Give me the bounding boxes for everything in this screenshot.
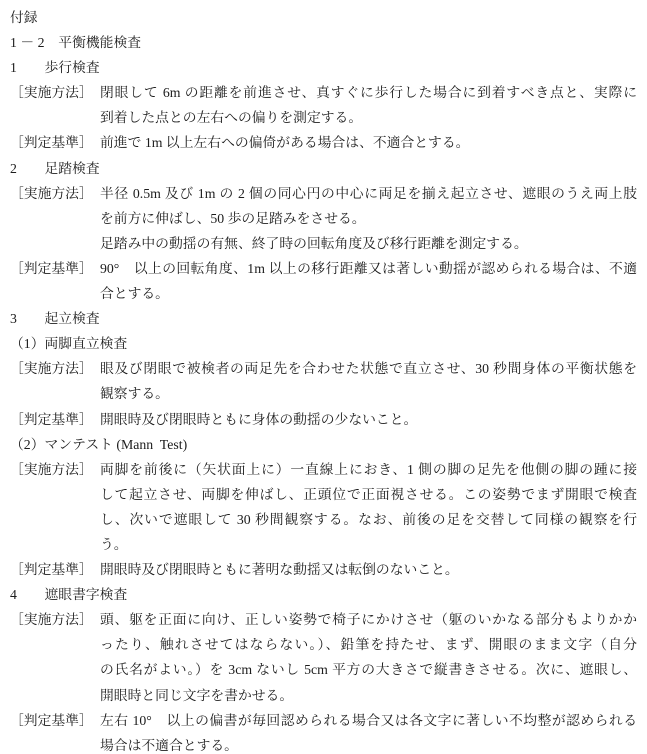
method-line: を前方に伸ばし、50 歩の足踏みをさせる。 bbox=[100, 206, 637, 231]
method-body: 両脚を前後に（矢状面上に）一直線上におき、1 側の脚の足先を他側の脚の踵に接 し… bbox=[100, 457, 637, 557]
criteria-entry: ［判定基準］ 開眼時及び閉眼時ともに著明な動揺又は転倒のないこと。 bbox=[10, 557, 637, 582]
method-line: して起立させ、両脚を伸ばし、正頭位で正面視させる。この姿勢でまず開眼で検査 bbox=[100, 482, 637, 507]
criteria-entry: ［判定基準］ 前進で 1m 以上左右への偏倚がある場合は、不適合とする。 bbox=[10, 130, 637, 155]
criteria-line: 場合は不適合とする。 bbox=[100, 733, 637, 754]
doc-subtitle: 1 － 2 平衡機能検査 bbox=[10, 30, 637, 55]
criteria-label: ［判定基準］ bbox=[10, 708, 100, 733]
method-label: ［実施方法］ bbox=[10, 607, 100, 632]
criteria-label: ［判定基準］ bbox=[10, 557, 100, 582]
criteria-entry: ［判定基準］ 90° 以上の回転角度、1m 以上の移行距離又は著しい動揺が認めら… bbox=[10, 256, 637, 306]
method-line: し、次いで遮眼して 30 秒間観察する。なお、前後の足を交替して同様の観察を行 bbox=[100, 507, 637, 532]
method-label: ［実施方法］ bbox=[10, 181, 100, 206]
method-line: 到着した点との左右への偏りを測定する。 bbox=[100, 105, 637, 130]
method-line: 閉眼して 6m の距離を前進させ、真すぐに歩行した場合に到着すべき点と、実際に bbox=[100, 80, 637, 105]
method-body: 眼及び閉眼で被検者の両足先を合わせた状態で直立させ、30 秒間身体の平衡状態を … bbox=[100, 356, 637, 406]
criteria-entry: ［判定基準］ 開眼時及び閉眼時ともに身体の動揺の少ないこと。 bbox=[10, 407, 637, 432]
method-line: 観察する。 bbox=[100, 381, 637, 406]
method-line: 半径 0.5m 及び 1m の 2 個の同心円の中心に両足を揃え起立させ、遮眼の… bbox=[100, 181, 637, 206]
criteria-body: 開眼時及び閉眼時ともに身体の動揺の少ないこと。 bbox=[100, 407, 637, 432]
method-entry: ［実施方法］ 頭、躯を正面に向け、正しい姿勢で椅子にかけさせ（躯のいかなる部分も… bbox=[10, 607, 637, 707]
method-line: 開眼時と同じ文字を書かせる。 bbox=[100, 683, 637, 708]
criteria-line: 開眼時及び閉眼時ともに身体の動揺の少ないこと。 bbox=[100, 407, 637, 432]
heading-stepping-test: 2 足踏検査 bbox=[10, 156, 637, 181]
heading-blindfold-writing-test: 4 遮眼書字検査 bbox=[10, 582, 637, 607]
method-label: ［実施方法］ bbox=[10, 80, 100, 105]
criteria-line: 開眼時及び閉眼時ともに著明な動揺又は転倒のないこと。 bbox=[100, 557, 637, 582]
method-label: ［実施方法］ bbox=[10, 457, 100, 482]
method-entry: ［実施方法］ 半径 0.5m 及び 1m の 2 個の同心円の中心に両足を揃え起… bbox=[10, 181, 637, 256]
method-line: 頭、躯を正面に向け、正しい姿勢で椅子にかけさせ（躯のいかなる部分もよりかか bbox=[100, 607, 637, 632]
criteria-entry: ［判定基準］ 左右 10° 以上の偏書が毎回認められる場合又は各文字に著しい不均… bbox=[10, 708, 637, 754]
heading-standing-test: 3 起立検査 bbox=[10, 306, 637, 331]
heading-walking-test: 1 歩行検査 bbox=[10, 55, 637, 80]
criteria-line: 90° 以上の回転角度、1m 以上の移行距離又は著しい動揺が認められる場合は、不… bbox=[100, 256, 637, 281]
criteria-line: 前進で 1m 以上左右への偏倚がある場合は、不適合とする。 bbox=[100, 130, 637, 155]
method-entry: ［実施方法］ 眼及び閉眼で被検者の両足先を合わせた状態で直立させ、30 秒間身体… bbox=[10, 356, 637, 406]
method-line: 両脚を前後に（矢状面上に）一直線上におき、1 側の脚の足先を他側の脚の踵に接 bbox=[100, 457, 637, 482]
subheading-mann-test: （2）マンテスト (Mann Test) bbox=[10, 432, 637, 457]
method-entry: ［実施方法］ 閉眼して 6m の距離を前進させ、真すぐに歩行した場合に到着すべき… bbox=[10, 80, 637, 130]
method-body: 閉眼して 6m の距離を前進させ、真すぐに歩行した場合に到着すべき点と、実際に … bbox=[100, 80, 637, 130]
method-label: ［実施方法］ bbox=[10, 356, 100, 381]
document-page: 付録 1 － 2 平衡機能検査 1 歩行検査 ［実施方法］ 閉眼して 6m の距… bbox=[0, 0, 647, 754]
method-line: う。 bbox=[100, 532, 637, 557]
criteria-label: ［判定基準］ bbox=[10, 130, 100, 155]
method-entry: ［実施方法］ 両脚を前後に（矢状面上に）一直線上におき、1 側の脚の足先を他側の… bbox=[10, 457, 637, 557]
criteria-body: 前進で 1m 以上左右への偏倚がある場合は、不適合とする。 bbox=[100, 130, 637, 155]
criteria-line: 左右 10° 以上の偏書が毎回認められる場合又は各文字に著しい不均整が認められる bbox=[100, 708, 637, 733]
method-line: の氏名がよい。）を 3cm ないし 5cm 平方の大きさで縦書きさせる。次に、遮… bbox=[100, 657, 637, 682]
criteria-body: 90° 以上の回転角度、1m 以上の移行距離又は著しい動揺が認められる場合は、不… bbox=[100, 256, 637, 306]
doc-title: 付録 bbox=[10, 5, 637, 30]
criteria-label: ［判定基準］ bbox=[10, 256, 100, 281]
method-line: ったり、触れさせてはならない。）、鉛筆を持たせ、まず、開眼のまま文字（自分 bbox=[100, 632, 637, 657]
method-line: 足踏み中の動揺の有無、終了時の回転角度及び移行距離を測定する。 bbox=[100, 231, 637, 256]
criteria-label: ［判定基準］ bbox=[10, 407, 100, 432]
method-body: 頭、躯を正面に向け、正しい姿勢で椅子にかけさせ（躯のいかなる部分もよりかか った… bbox=[100, 607, 637, 707]
criteria-line: 合とする。 bbox=[100, 281, 637, 306]
subheading-both-legs-standing: （1）両脚直立検査 bbox=[10, 331, 637, 356]
method-line: 眼及び閉眼で被検者の両足先を合わせた状態で直立させ、30 秒間身体の平衡状態を bbox=[100, 356, 637, 381]
criteria-body: 開眼時及び閉眼時ともに著明な動揺又は転倒のないこと。 bbox=[100, 557, 637, 582]
method-body: 半径 0.5m 及び 1m の 2 個の同心円の中心に両足を揃え起立させ、遮眼の… bbox=[100, 181, 637, 256]
criteria-body: 左右 10° 以上の偏書が毎回認められる場合又は各文字に著しい不均整が認められる… bbox=[100, 708, 637, 754]
